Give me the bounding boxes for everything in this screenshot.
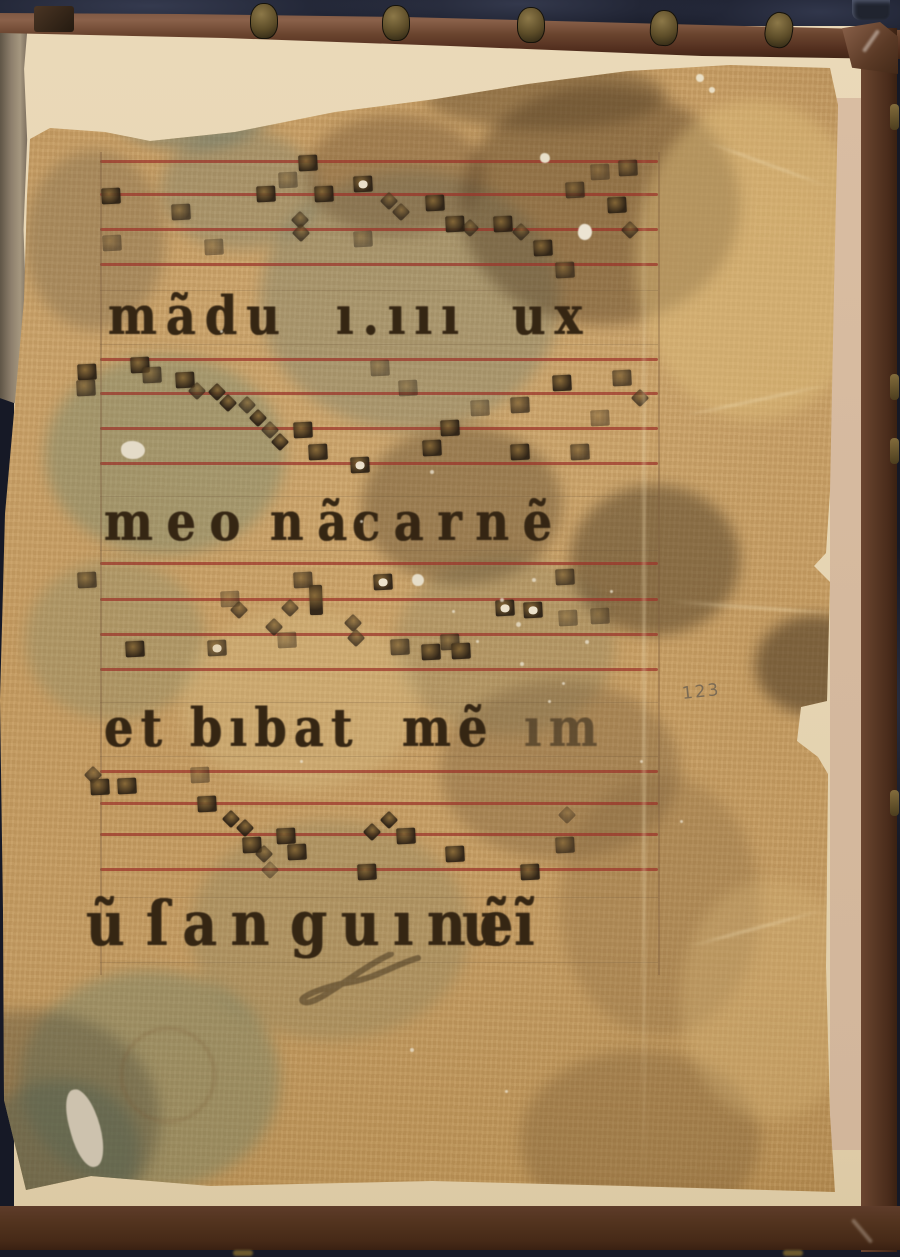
brass-glint [233, 1250, 253, 1256]
metal-fittings-layer [0, 0, 900, 1257]
brass-boss [382, 5, 410, 41]
brass-boss [649, 9, 679, 47]
manuscript-photo: mãduı.ıııuxmeonãcarnẽetbıbatmẽımũſanguın… [0, 0, 900, 1257]
metal-plate [34, 6, 74, 32]
brass-edge-fitting [890, 438, 899, 464]
brass-boss [517, 7, 545, 43]
brass-edge-fitting [890, 790, 899, 816]
brass-boss [762, 10, 796, 50]
brass-boss [250, 3, 278, 39]
brass-edge-fitting [890, 374, 899, 400]
brass-glint [783, 1250, 803, 1256]
brass-edge-fitting [890, 104, 899, 130]
